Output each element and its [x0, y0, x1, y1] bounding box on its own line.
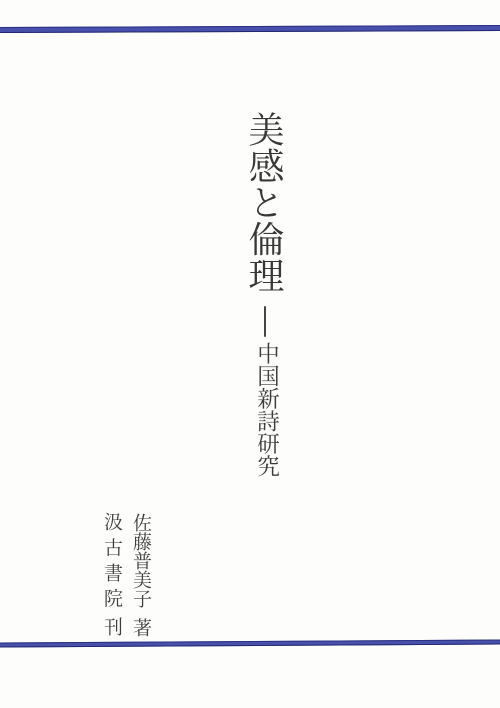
publisher-name: 汲古書院 [101, 512, 123, 614]
author-name: 佐藤普美子 [130, 513, 152, 608]
author-role: 著 [131, 618, 150, 637]
bottom-rule [0, 640, 500, 648]
subtitle-dash [264, 306, 266, 337]
publisher-role: 刊 [102, 617, 121, 636]
publisher-column: 汲古書院刊 [102, 512, 121, 636]
book-title-page: 美感と倫理 中国新詩研究 佐藤普美子著 汲古書院刊 [0, 0, 500, 708]
book-title: 美感と倫理 [245, 111, 281, 294]
book-subtitle: 中国新詩研究 [255, 342, 278, 477]
top-rule [0, 25, 500, 33]
author-column: 佐藤普美子著 [131, 513, 150, 637]
